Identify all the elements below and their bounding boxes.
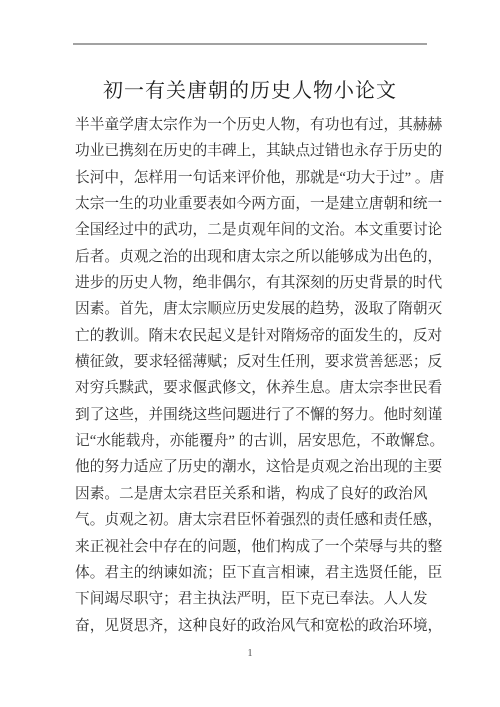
- body-line: 太宗一生的功业重要表如今两方面，一是建立唐朝和统一: [75, 191, 435, 217]
- document-page: 初一有关唐朝的历史人物小论文 半半童学唐太宗作为一个历史人物，有功也有过，其赫赫…: [0, 0, 500, 707]
- page-number: 1: [0, 648, 500, 659]
- body-line: 他的努力适应了历史的潮水，这恰是贞观之治出现的主要: [75, 454, 435, 480]
- body-line: 奋，见贤思齐，这种良好的政治风气和宽松的政治环境，: [75, 613, 435, 639]
- body-line: 下间竭尽职守；君主执法严明，臣下克已奉法。人人发: [75, 586, 435, 612]
- document-title: 初一有关唐朝的历史人物小论文: [0, 74, 500, 103]
- body-line: 因素。二是唐太宗君臣关系和谐，构成了良好的政治风: [75, 481, 435, 507]
- body-line: 后者。贞观之治的出现和唐太宗之所以能够成为出色的，: [75, 244, 435, 270]
- body-line: 亡的教训。隋末农民起义是针对隋炀帝的面发生的，反对: [75, 323, 435, 349]
- body-line: 记“水能载舟，亦能覆舟” 的古训，居安思危，不敢懈怠。: [75, 428, 435, 454]
- body-line: 进步的历史人物，绝非偶尔，有其深刻的历史背景的时代: [75, 270, 435, 296]
- body-line: 体。君主的纳谏如流；臣下直言相谏，君主选贤任能，臣: [75, 560, 435, 586]
- body-line: 到了这些，并围绕这些问题进行了不懈的努力。他时刻谨: [75, 402, 435, 428]
- body-line: 全国经过中的武功，二是贞观年间的文治。本文重要讨论: [75, 217, 435, 243]
- body-line: 对穷兵黩武，要求偃武修文，休养生息。唐太宗李世民看: [75, 375, 435, 401]
- body-line: 横征敛，要求轻徭薄赋；反对生任刑，要求赏善惩恶；反: [75, 349, 435, 375]
- body-line: 因素。首先，唐太宗顺应历史发展的趋势，汲取了隋朝灭: [75, 296, 435, 322]
- body-line: 来正视社会中存在的问题，他们构成了一个荣辱与共的整: [75, 534, 435, 560]
- body-line: 长河中，怎样用一句话来评价他，那就是“功大于过” 。唐: [75, 165, 435, 191]
- document-body: 半半童学唐太宗作为一个历史人物，有功也有过，其赫赫功业已携刻在历史的丰碑上，其缺…: [75, 112, 435, 639]
- body-line: 气。贞观之初。唐太宗君臣怀着强烈的责任感和责任感，: [75, 507, 435, 533]
- body-line: 半半童学唐太宗作为一个历史人物，有功也有过，其赫赫: [75, 112, 435, 138]
- body-line: 功业已携刻在历史的丰碑上，其缺点过错也永存于历史的: [75, 138, 435, 164]
- page-top-edge-divider: [73, 43, 427, 45]
